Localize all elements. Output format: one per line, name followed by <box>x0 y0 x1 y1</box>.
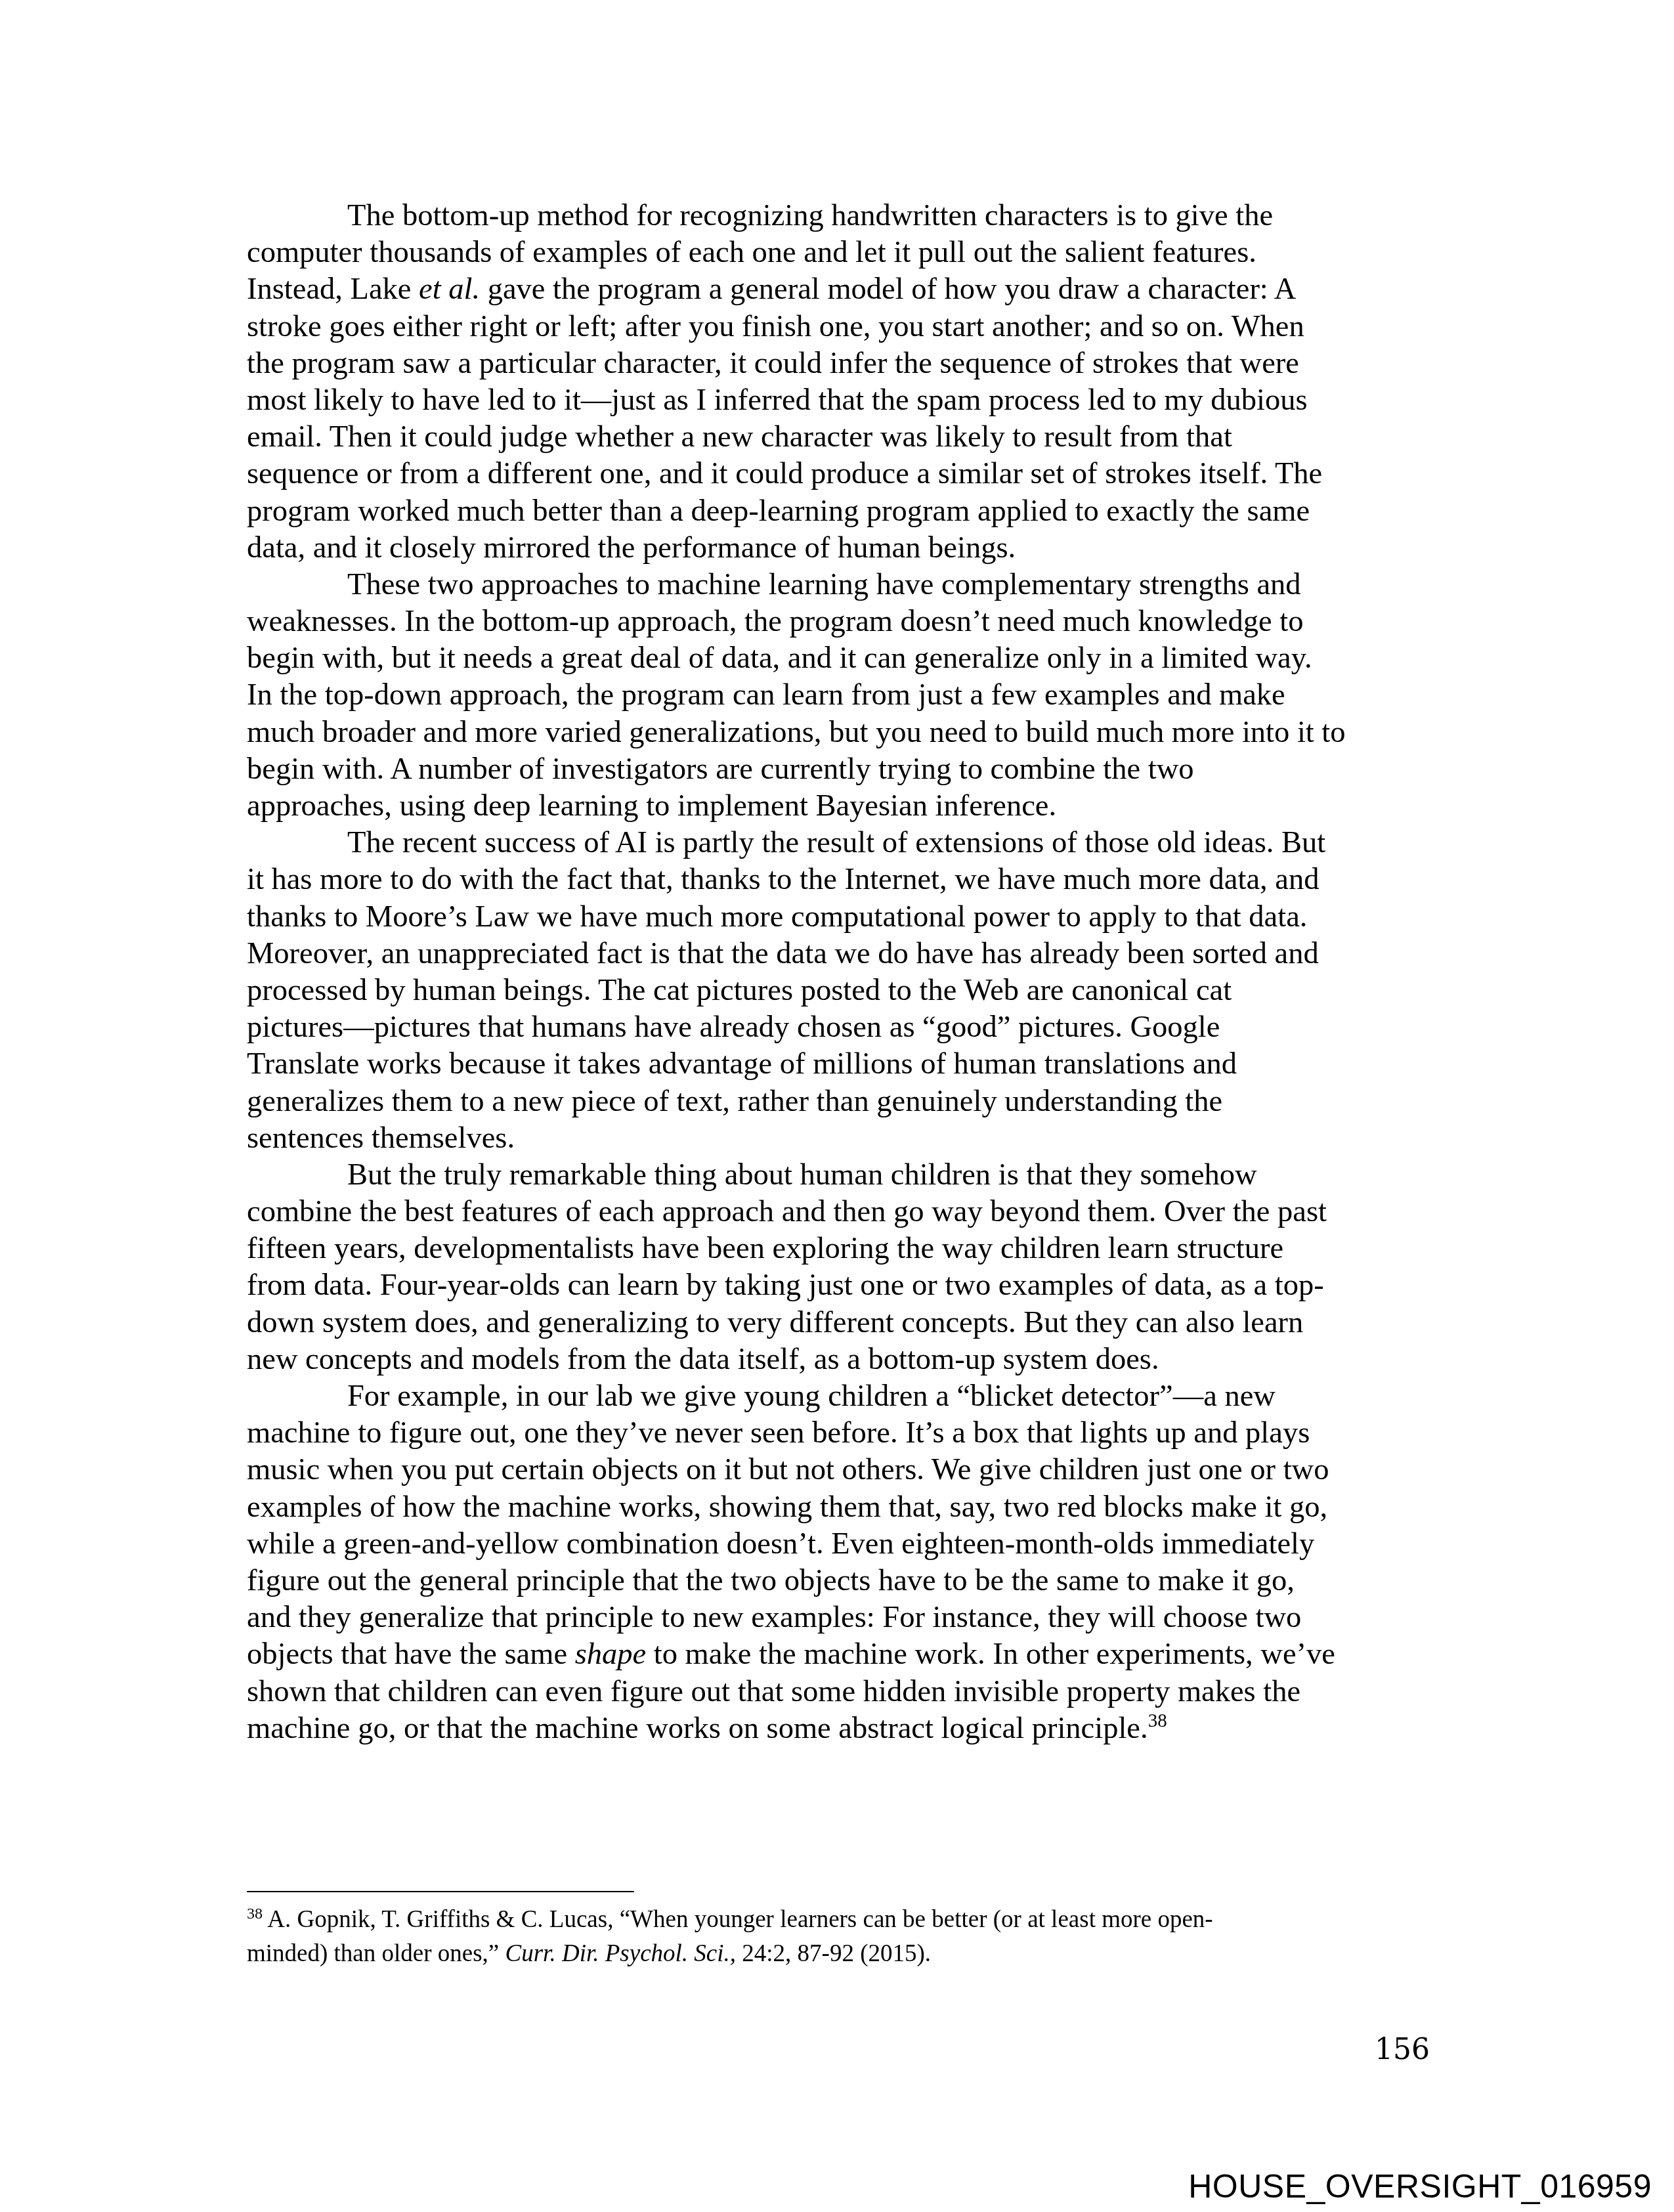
body-line: it has more to do with the fact that, th… <box>247 861 1442 898</box>
body-line: generalizes them to a new piece of text,… <box>247 1083 1442 1120</box>
footnote-text: minded) than older ones,” <box>247 1940 505 1967</box>
line-text: program worked much better than a deep-l… <box>247 494 1310 528</box>
body-line: approaches, using deep learning to imple… <box>247 788 1442 825</box>
line-text: new concepts and models from the data it… <box>247 1343 1159 1376</box>
body-line: Moreover, an unappreciated fact is that … <box>247 936 1442 972</box>
footnote-number: 38 <box>247 1905 263 1922</box>
body-line: The bottom-up method for recognizing han… <box>247 198 1442 234</box>
body-line: email. Then it could judge whether a new… <box>247 419 1442 456</box>
line-text: In the top-down approach, the program ca… <box>247 678 1285 712</box>
line-text: thanks to Moore’s Law we have much more … <box>247 900 1307 934</box>
body-line: new concepts and models from the data it… <box>247 1341 1442 1378</box>
footnote-text: 24:2, 87-92 (2015). <box>736 1940 931 1967</box>
line-text: objects that have the same <box>247 1637 575 1671</box>
body-line: But the truly remarkable thing about hum… <box>247 1157 1442 1194</box>
line-text: approaches, using deep learning to imple… <box>247 789 1056 823</box>
line-text: most likely to have led to it—just as I … <box>247 383 1308 417</box>
body-line: processed by human beings. The cat pictu… <box>247 972 1442 1009</box>
line-text: weaknesses. In the bottom-up approach, t… <box>247 605 1303 638</box>
line-text: machine go, or that the machine works on… <box>247 1712 1148 1745</box>
line-text: sentences themselves. <box>247 1121 515 1155</box>
line-text: machine to figure out, one they’ve never… <box>247 1416 1310 1450</box>
body-line: These two approaches to machine learning… <box>247 567 1442 603</box>
line-text: generalizes them to a new piece of text,… <box>247 1085 1222 1118</box>
line-text: from data. Four-year-olds can learn by t… <box>247 1269 1324 1302</box>
body-line: sequence or from a different one, and it… <box>247 456 1442 492</box>
body-line: data, and it closely mirrored the perfor… <box>247 530 1442 567</box>
line-text: down system does, and generalizing to ve… <box>247 1306 1303 1339</box>
body-line: combine the best features of each approa… <box>247 1194 1442 1230</box>
body-line: machine go, or that the machine works on… <box>247 1710 1442 1747</box>
line-text: The bottom-up method for recognizing han… <box>347 199 1273 232</box>
body-line: Translate works because it takes advanta… <box>247 1046 1442 1083</box>
body-line: while a green-and-yellow combination doe… <box>247 1526 1442 1563</box>
footnote-reference[interactable]: 38 <box>1148 1710 1167 1731</box>
line-text: the program saw a particular character, … <box>247 347 1299 380</box>
line-text: it has more to do with the fact that, th… <box>247 863 1319 896</box>
body-line: sentences themselves. <box>247 1120 1442 1157</box>
line-text: But the truly remarkable thing about hum… <box>347 1158 1257 1192</box>
body-line: fifteen years, developmentalists have be… <box>247 1230 1442 1267</box>
line-text: while a green-and-yellow combination doe… <box>247 1527 1314 1561</box>
document-page: The bottom-up method for recognizing han… <box>0 0 1674 2212</box>
line-text: gave the program a general model of how … <box>480 272 1296 306</box>
line-text: sequence or from a different one, and it… <box>247 457 1322 490</box>
body-line: begin with. A number of investigators ar… <box>247 751 1442 788</box>
bates-stamp: HOUSE_OVERSIGHT_016959 <box>1188 2167 1652 2206</box>
line-text: begin with, but it needs a great deal of… <box>247 641 1312 675</box>
line-text: processed by human beings. The cat pictu… <box>247 974 1232 1007</box>
line-text: Moreover, an unappreciated fact is that … <box>247 937 1319 970</box>
line-text: stroke goes either right or left; after … <box>247 310 1304 343</box>
body-line: music when you put certain objects on it… <box>247 1452 1442 1488</box>
italic-emphasis: et al. <box>419 272 480 306</box>
line-text: shown that children can even figure out … <box>247 1675 1300 1708</box>
line-text: to make the machine work. In other exper… <box>646 1637 1335 1671</box>
line-text: computer thousands of examples of each o… <box>247 236 1256 269</box>
line-text: examples of how the machine works, showi… <box>247 1490 1327 1524</box>
body-line: The recent success of AI is partly the r… <box>247 825 1442 861</box>
line-text: figure out the general principle that th… <box>247 1564 1295 1597</box>
body-line: objects that have the same shape to make… <box>247 1636 1442 1673</box>
body-line: Instead, Lake et al. gave the program a … <box>247 271 1442 308</box>
line-text: begin with. A number of investigators ar… <box>247 752 1193 786</box>
body-line: and they generalize that principle to ne… <box>247 1599 1442 1636</box>
body-line: from data. Four-year-olds can learn by t… <box>247 1267 1442 1304</box>
body-line: For example, in our lab we give young ch… <box>247 1378 1442 1415</box>
footnote-text: A. Gopnik, T. Griffiths & C. Lucas, “Whe… <box>263 1906 1213 1933</box>
body-line: weaknesses. In the bottom-up approach, t… <box>247 603 1442 640</box>
body-text: The bottom-up method for recognizing han… <box>247 198 1442 1747</box>
body-line: much broader and more varied generalizat… <box>247 714 1442 751</box>
footnote-divider <box>247 1891 634 1892</box>
line-text: For example, in our lab we give young ch… <box>347 1379 1276 1413</box>
footnotes: 38 A. Gopnik, T. Griffiths & C. Lucas, “… <box>247 1904 1442 1969</box>
line-text: pictures—pictures that humans have alrea… <box>247 1010 1220 1044</box>
body-line: begin with, but it needs a great deal of… <box>247 640 1442 677</box>
body-line: examples of how the machine works, showi… <box>247 1489 1442 1526</box>
body-line: machine to figure out, one they’ve never… <box>247 1415 1442 1452</box>
body-line: most likely to have led to it—just as I … <box>247 382 1442 419</box>
line-text: Instead, Lake <box>247 272 419 306</box>
line-text: fifteen years, developmentalists have be… <box>247 1232 1283 1265</box>
footnote-38-line-1: 38 A. Gopnik, T. Griffiths & C. Lucas, “… <box>247 1904 1442 1938</box>
body-line: computer thousands of examples of each o… <box>247 234 1442 271</box>
footnote-38-line-2: minded) than older ones,” Curr. Dir. Psy… <box>247 1938 1442 1969</box>
line-text: email. Then it could judge whether a new… <box>247 420 1232 454</box>
line-text: combine the best features of each approa… <box>247 1195 1327 1228</box>
body-line: figure out the general principle that th… <box>247 1563 1442 1599</box>
line-text: These two approaches to machine learning… <box>347 568 1301 601</box>
body-line: program worked much better than a deep-l… <box>247 493 1442 530</box>
line-text: data, and it closely mirrored the perfor… <box>247 531 1016 565</box>
body-line: down system does, and generalizing to ve… <box>247 1305 1442 1341</box>
line-text: and they generalize that principle to ne… <box>247 1601 1301 1634</box>
line-text: The recent success of AI is partly the r… <box>347 826 1325 859</box>
line-text: Translate works because it takes advanta… <box>247 1047 1237 1081</box>
line-text: much broader and more varied generalizat… <box>247 716 1346 749</box>
body-line: shown that children can even figure out … <box>247 1674 1442 1710</box>
journal-title: Curr. Dir. Psychol. Sci., <box>505 1940 737 1967</box>
body-line: In the top-down approach, the program ca… <box>247 677 1442 714</box>
body-line: the program saw a particular character, … <box>247 345 1442 382</box>
body-line: stroke goes either right or left; after … <box>247 309 1442 345</box>
italic-emphasis: shape <box>575 1637 647 1671</box>
body-line: pictures—pictures that humans have alrea… <box>247 1009 1442 1046</box>
page-number: 156 <box>1375 2031 1430 2068</box>
body-line: thanks to Moore’s Law we have much more … <box>247 899 1442 936</box>
line-text: music when you put certain objects on it… <box>247 1453 1329 1486</box>
